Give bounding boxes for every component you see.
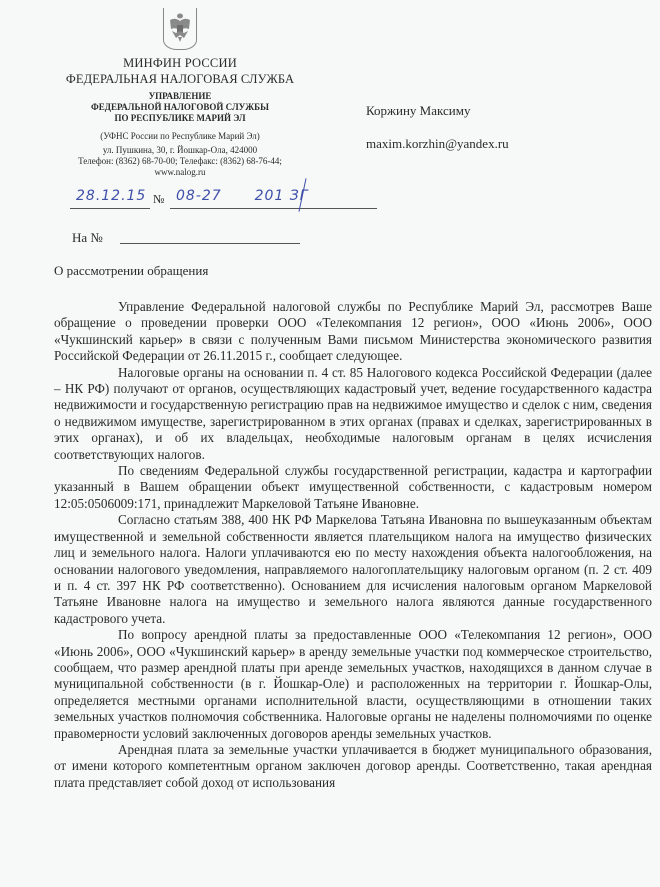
body-paragraph-4: Согласно статьям 388, 400 НК РФ Маркелов… xyxy=(54,512,652,627)
department-phones: Телефон: (8362) 68-70-00; Телефакс: (836… xyxy=(60,156,300,166)
department-address: ул. Пушкина, 30, г. Йошкар-Ола, 424000 xyxy=(60,145,300,155)
department-website: www.nalog.ru xyxy=(60,167,300,177)
registration-number-left: 08-27 xyxy=(176,188,222,204)
coat-of-arms-icon xyxy=(163,8,197,50)
registration-number: 08-27 201 ЗГ xyxy=(170,188,377,209)
service-name: ФЕДЕРАЛЬНАЯ НАЛОГОВАЯ СЛУЖБА xyxy=(60,72,300,87)
number-label: № xyxy=(153,192,164,207)
recipient-name: Коржину Максиму xyxy=(366,103,470,119)
registration-date: 28.12.15 xyxy=(70,188,150,209)
body-paragraph-6: Арендная плата за земельные участки упла… xyxy=(54,742,652,791)
body-paragraph-3: По сведениям Федеральной службы государс… xyxy=(54,463,652,512)
department-short-name: (УФНС России по Республике Марий Эл) xyxy=(60,131,300,141)
department-line-1: УПРАВЛЕНИЕ xyxy=(60,91,300,102)
recipient-email: maxim.korzhin@yandex.ru xyxy=(366,136,509,152)
department-line-3: ПО РЕСПУБЛИКЕ МАРИЙ ЭЛ xyxy=(60,113,300,124)
body-paragraph-2: Налоговые органы на основании п. 4 ст. 8… xyxy=(54,365,652,463)
body-paragraph-1: Управление Федеральной налоговой службы … xyxy=(54,299,652,365)
in-reply-blank xyxy=(120,243,300,244)
letter-body: Управление Федеральной налоговой службы … xyxy=(54,299,652,791)
letter-subject: О рассмотрении обращения xyxy=(54,263,208,279)
body-paragraph-5: По вопросу арендной платы за предоставле… xyxy=(54,627,652,742)
letter-page: МИНФИН РОССИИ ФЕДЕРАЛЬНАЯ НАЛОГОВАЯ СЛУЖ… xyxy=(0,0,660,887)
in-reply-label: На № xyxy=(72,230,103,246)
department-line-2: ФЕДЕРАЛЬНОЙ НАЛОГОВОЙ СЛУЖБЫ xyxy=(60,102,300,113)
ministry-name: МИНФИН РОССИИ xyxy=(60,56,300,71)
